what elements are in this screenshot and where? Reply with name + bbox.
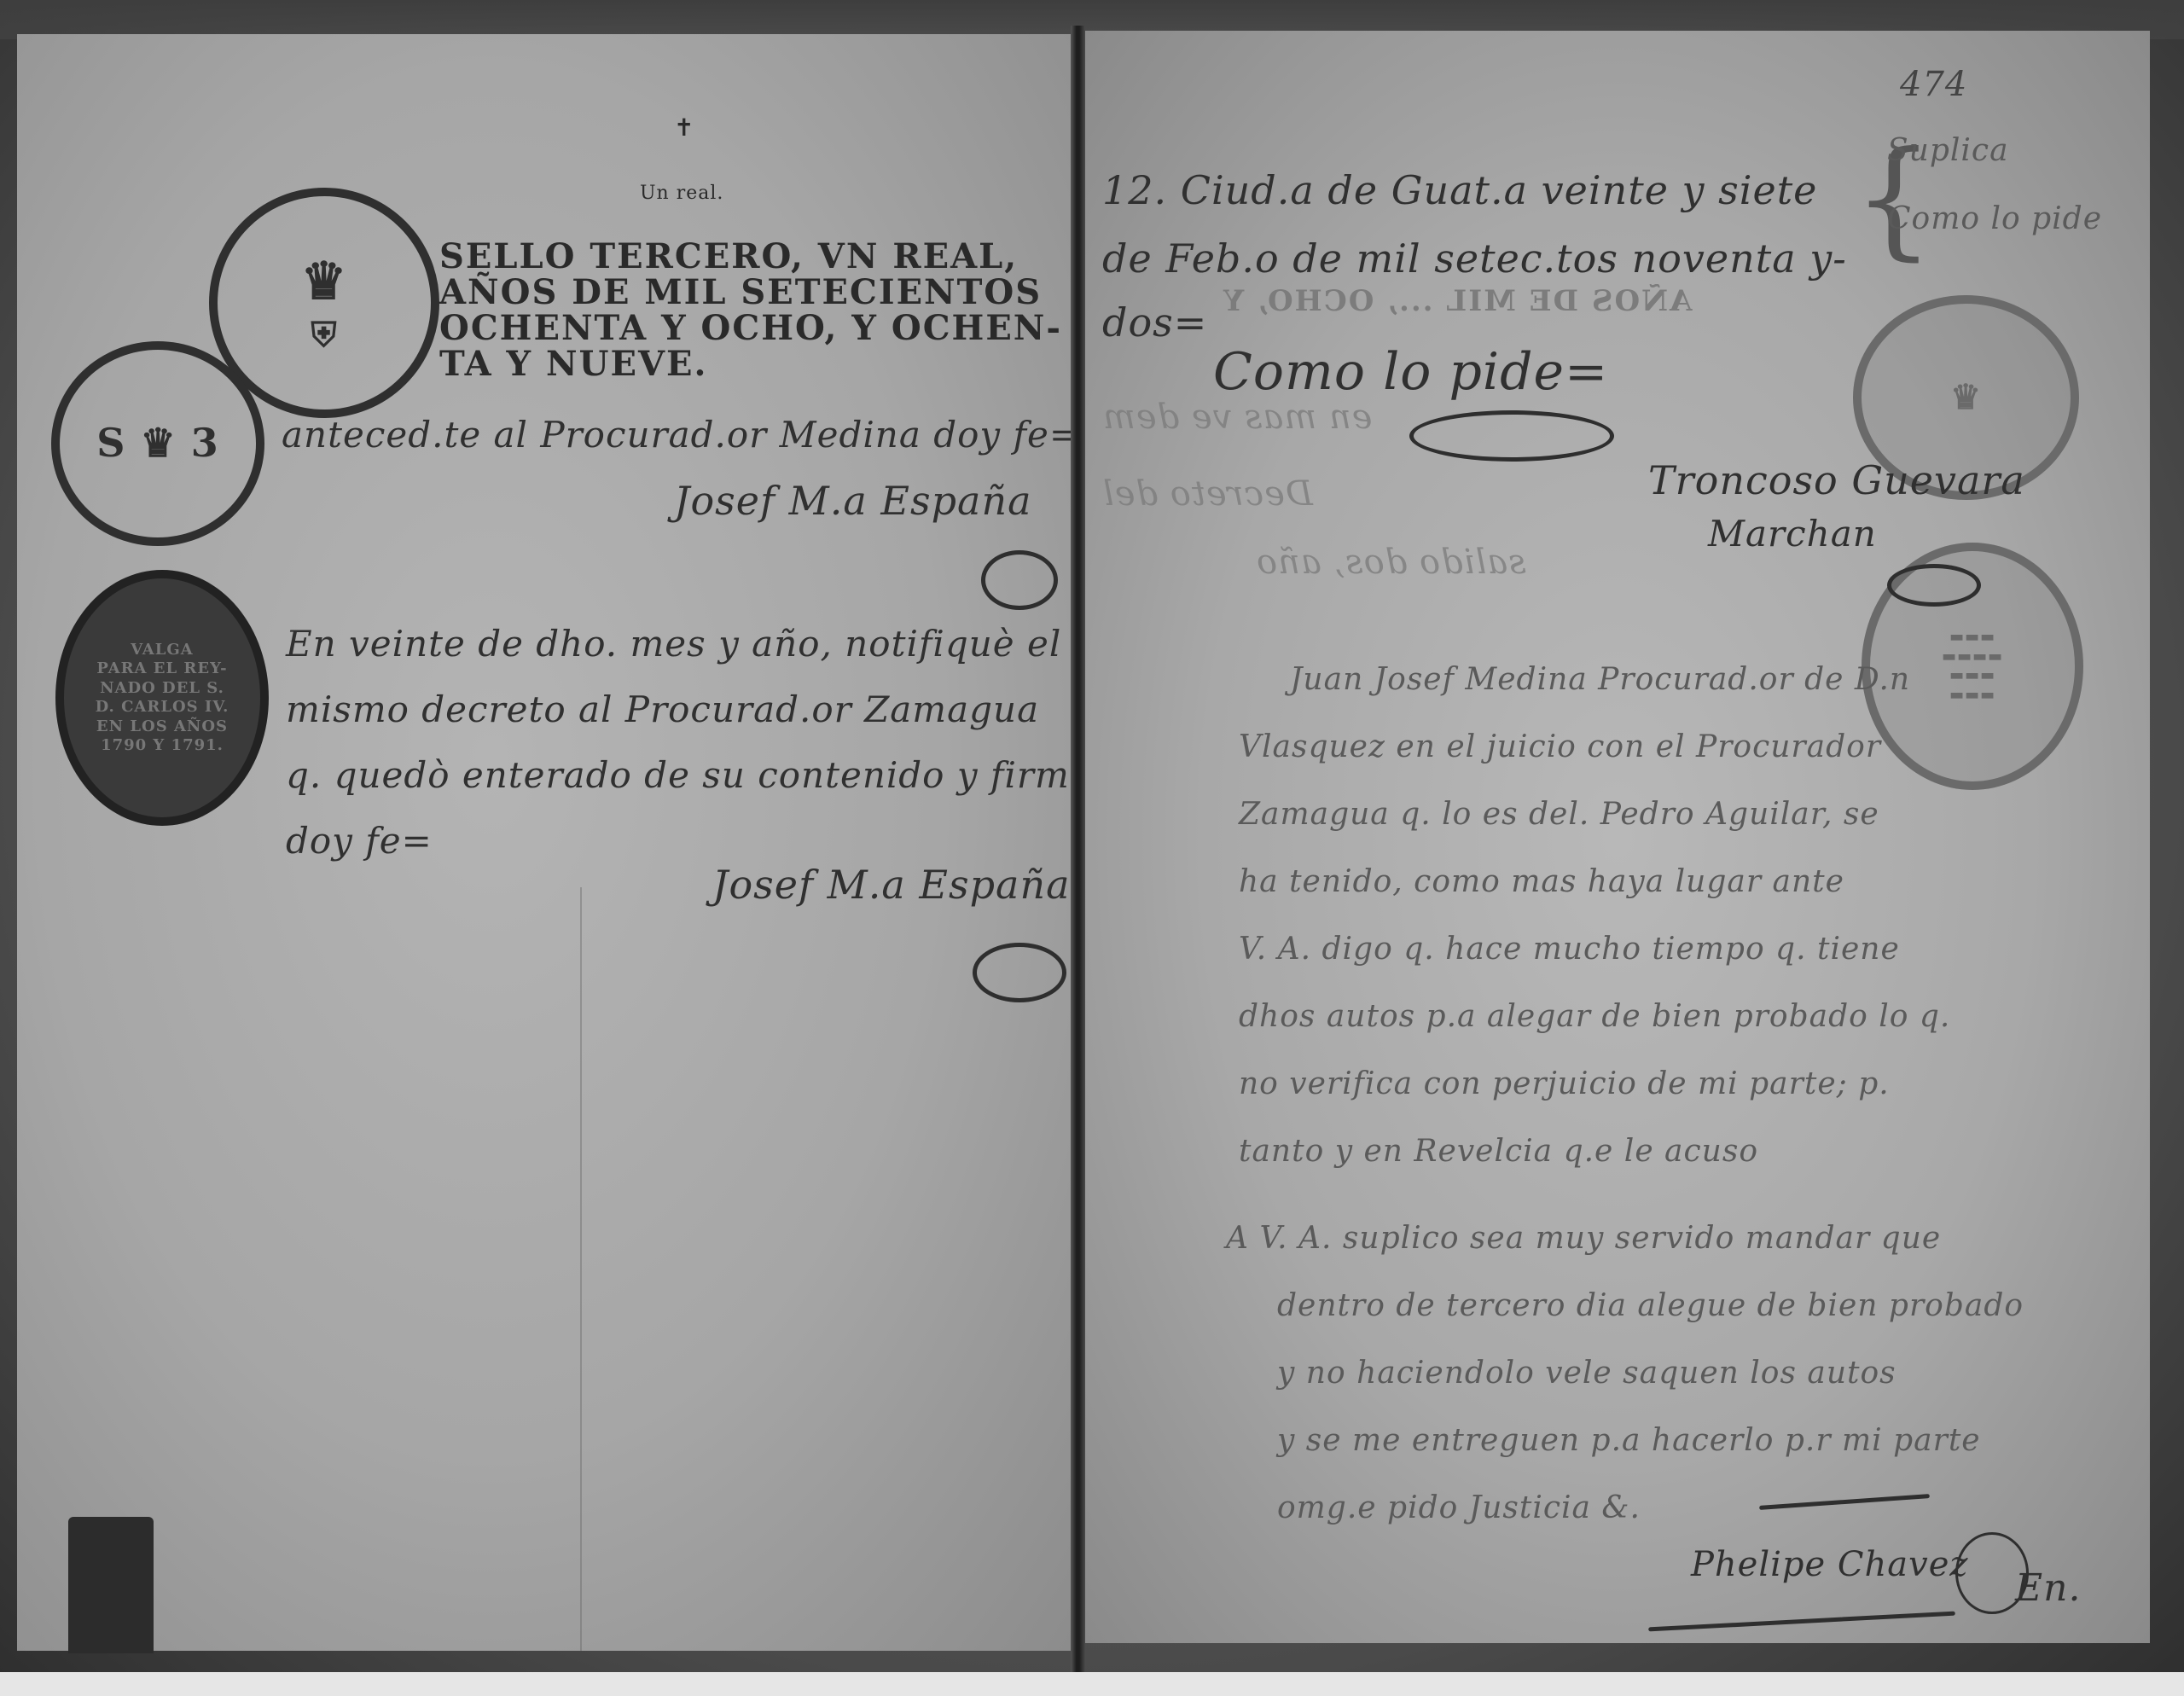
decree-text: Como lo pide= <box>1213 342 1608 402</box>
rubric-2 <box>973 943 1066 1002</box>
closing-rubric: En. <box>2015 1566 2081 1610</box>
margin-note-2: Como lo pide <box>1887 201 2102 236</box>
notification-line-2: mismo decreto al Procurad.or Zamagua <box>286 688 1071 730</box>
body-line-1: Juan Josef Medina Procurad.or de D.n <box>1290 662 2001 697</box>
stamp-line-4: TA Y NUEVE. <box>439 346 1062 382</box>
body-line-8: tanto y en Revelcia q.e le acuso <box>1239 1134 1950 1169</box>
body-line-7: no verifica con perjuicio de mi parte; p… <box>1239 1066 1950 1101</box>
folio-number: 474 <box>1900 65 1967 104</box>
notification-line-3: q. quedò enterado de su contenido y firm… <box>286 754 1071 796</box>
stamp-line-1: SELLO TERCERO, VN REAL, <box>439 239 1062 275</box>
header-line-2: de Feb.o de mil setec.tos noventa y- <box>1102 235 1847 282</box>
body-line-6: dhos autos p.a alegar de bien probado lo… <box>1239 999 1950 1034</box>
bleedthrough-3: salido dos, año <box>1256 543 1526 582</box>
official-signature-2: Marchan <box>1708 513 1877 555</box>
right-page: 474 { Suplica Como lo pide 12. Ciud.a de… <box>1085 31 2150 1643</box>
paragraph-1: anteced.te al Procurad.or Medina doy fe= <box>282 414 1071 456</box>
petition-line-1: A V. A. suplico sea muy servido mandar q… <box>1226 1221 1972 1256</box>
official-rubric <box>1887 564 1981 607</box>
valga-line-2: PARA EL REY- <box>96 659 227 679</box>
valga-line-4: D. CARLOS IV. <box>96 698 229 717</box>
valga-line-1: VALGA <box>131 641 194 660</box>
notification-line-4: doy fe= <box>286 820 1071 862</box>
notification-paragraph: En veinte de dho. mes y año, notifiquè e… <box>286 623 1071 862</box>
closing-signature: Phelipe Chavez <box>1691 1545 1968 1584</box>
stamp-text: SELLO TERCERO, VN REAL, AÑOS DE MIL SETE… <box>439 239 1062 382</box>
petition-body: Juan Josef Medina Procurad.or de D.n Vla… <box>1290 662 2001 1169</box>
header-line-3: dos= <box>1102 299 1207 346</box>
fold-line <box>580 887 582 1651</box>
valga-line-6: 1790 Y 1791. <box>101 736 224 756</box>
cross-mark: ✝ <box>674 115 694 140</box>
petition-line-3: y no haciendolo vele saquen los autos <box>1277 1356 2024 1391</box>
book-gutter <box>1071 26 1085 1672</box>
header-line-1: 12. Ciud.a de Guat.a veinte y siete <box>1102 167 1817 213</box>
crown-icon: ♛ <box>301 250 348 314</box>
valga-line-3: NADO DEL S. <box>100 679 224 699</box>
petition-line-4: y se me entreguen p.a hacerlo p.r mi par… <box>1277 1423 2024 1458</box>
stamp-line-2: AÑOS DE MIL SETECIENTOS <box>439 275 1062 311</box>
bleedthrough-2: Decreto del <box>1102 474 1313 514</box>
petition-line-2: dentro de tercero dia alegue de bien pro… <box>1277 1288 2024 1323</box>
left-page: ✝ Un real. SELLO TERCERO, VN REAL, AÑOS … <box>17 34 1071 1651</box>
body-line-2: Vlasquez en el juicio con el Procurador <box>1239 729 1950 764</box>
signature-1: Josef M.a España <box>674 478 1032 524</box>
crown-icon: ♛ <box>1950 376 1982 419</box>
body-line-5: V. A. digo q. hace mucho tiempo q. tiene <box>1239 932 1950 967</box>
rubric-1 <box>981 550 1058 610</box>
shield-icon: ⛨ <box>311 314 338 357</box>
body-line-3: Zamagua q. lo es del. Pedro Aguilar, se <box>1239 797 1950 832</box>
official-signature-1: Troncoso Guevara <box>1648 457 2025 503</box>
body-line-4: ha tenido, como mas haya lugar ante <box>1239 864 1950 899</box>
seal-inner-text: S ♛ 3 <box>96 419 219 468</box>
valga-seal: VALGA PARA EL REY- NADO DEL S. D. CARLOS… <box>55 570 269 826</box>
valga-line-5: EN LOS AÑOS <box>96 717 228 737</box>
petition-request: A V. A. suplico sea muy servido mandar q… <box>1226 1221 1972 1525</box>
bleedthrough-1: en mas ve dem <box>1102 398 1372 437</box>
stamp-line-3: OCHENTA Y OCHO, Y OCHEN- <box>439 311 1062 346</box>
price-line: Un real. <box>640 183 723 203</box>
royal-seal-s3: S ♛ 3 <box>51 341 264 546</box>
bottom-edge <box>0 1672 2184 1696</box>
notification-line-1: En veinte de dho. mes y año, notifiquè e… <box>286 623 1071 665</box>
signature-underline <box>1648 1612 1955 1632</box>
margin-note-1: Suplica <box>1887 133 2009 168</box>
page-clip <box>68 1517 154 1653</box>
decree-rubric <box>1409 410 1614 462</box>
signature-2: Josef M.a España <box>712 862 1071 908</box>
bleedthrough-stamp: AÑOS DE MIL ..., OCHO, Y <box>1222 287 1693 317</box>
